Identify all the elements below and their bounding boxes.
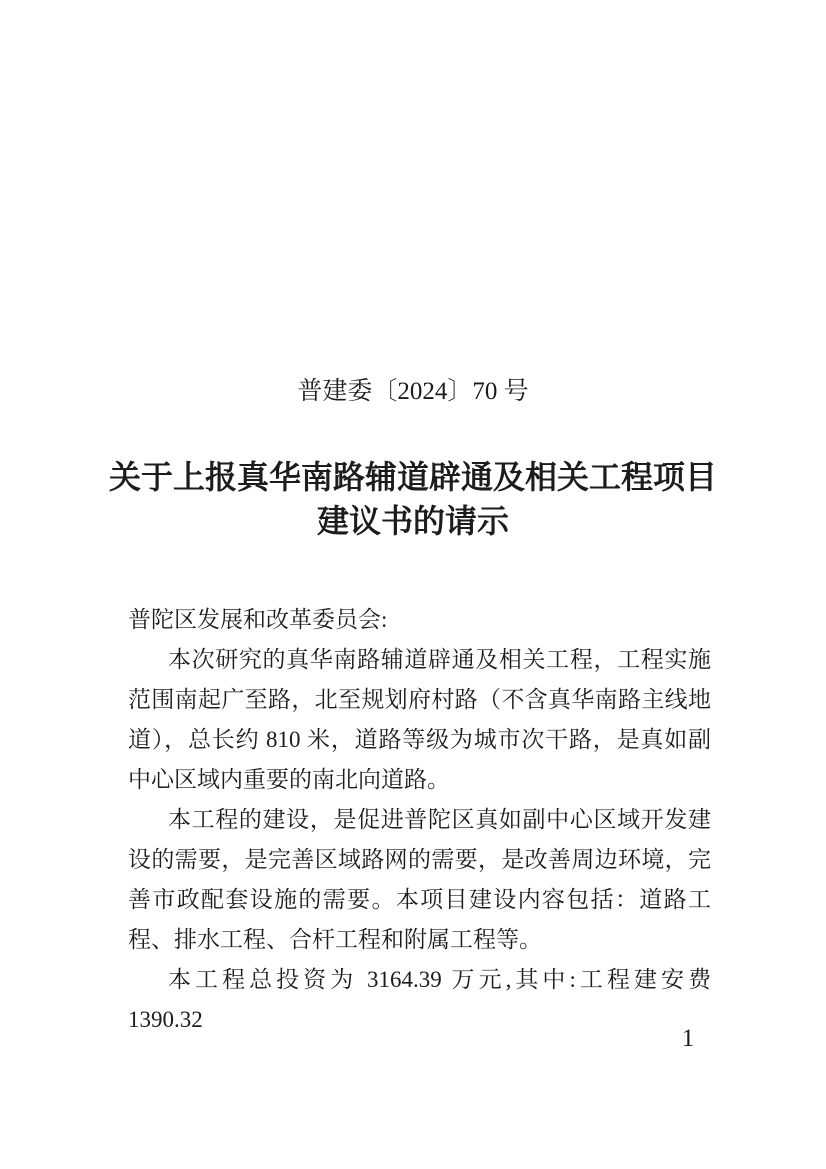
document-number: 普建委〔2024〕70 号 <box>0 372 826 412</box>
paragraph-investment: 本工程总投资为 3164.39 万元,其中:工程建安费 1390.32 <box>128 960 711 1040</box>
document-title-line-2: 建议书的请示 <box>63 499 763 543</box>
document-title: 关于上报真华南路辅道辟通及相关工程项目 建议书的请示 <box>63 455 763 543</box>
page-number: 1 <box>653 1024 723 1054</box>
salutation: 普陀区发展和改革委员会: <box>128 600 711 640</box>
paragraph-project-scope: 本次研究的真华南路辅道辟通及相关工程，工程实施范围南起广至路，北至规划府村路（不… <box>128 640 711 800</box>
document-page: 普建委〔2024〕70 号 关于上报真华南路辅道辟通及相关工程项目 建议书的请示… <box>0 0 826 1169</box>
document-body: 普陀区发展和改革委员会: 本次研究的真华南路辅道辟通及相关工程，工程实施范围南起… <box>128 600 711 1040</box>
document-title-line-1: 关于上报真华南路辅道辟通及相关工程项目 <box>63 455 763 499</box>
paragraph-project-purpose: 本工程的建设，是促进普陀区真如副中心区域开发建设的需要，是完善区域路网的需要，是… <box>128 800 711 960</box>
